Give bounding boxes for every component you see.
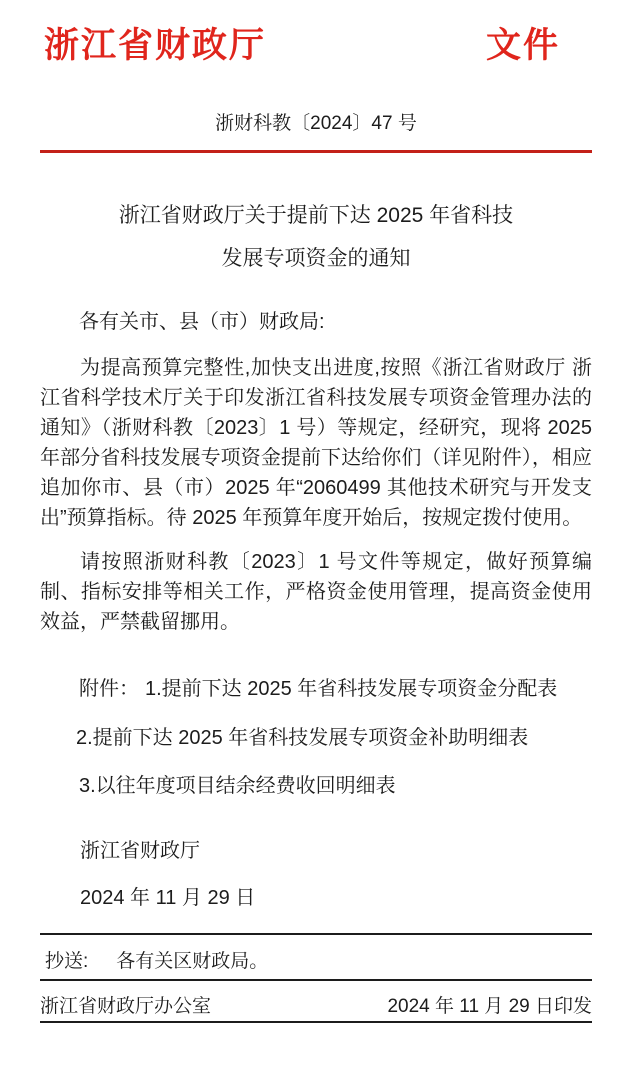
footer-divider-top [40, 933, 592, 935]
attachment-item-1-text: 1.提前下达 2025 年省科技发展专项资金分配表 [145, 678, 557, 700]
red-divider-line [40, 150, 592, 153]
attachment-label: 附件： [79, 678, 139, 700]
official-document-page: 浙江省财政厅 文件 浙财科教〔2024〕47 号 浙江省财政厅关于提前下达 20… [0, 0, 632, 1088]
document-title-line2: 发展专项资金的通知 [0, 242, 632, 272]
document-header: 浙江省财政厅 文件 [44, 27, 560, 66]
signature-date: 2024 年 11 月 29 日 [80, 881, 255, 910]
footer-divider-middle [40, 979, 592, 981]
document-title-line1: 浙江省财政厅关于提前下达 2025 年省科技 [0, 199, 632, 229]
salutation: 各有关市、县（市）财政局: [79, 305, 325, 334]
cc-label: 抄送: [45, 951, 88, 972]
cc-row: 抄送:各有关区财政局。 [45, 946, 268, 973]
attachment-item-1: 附件：1.提前下达 2025 年省科技发展专项资金分配表 [79, 672, 557, 701]
body-paragraph-1: 为提高预算完整性,加快支出进度,按照《浙江省财政厅 浙江省科学技术厅关于印发浙江… [40, 353, 592, 533]
attachment-item-3: 3.以往年度项目结余经费收回明细表 [79, 769, 396, 798]
issuing-office: 浙江省财政厅办公室 [40, 991, 211, 1018]
footer-office-row: 浙江省财政厅办公室 2024 年 11 月 29 日印发 [40, 991, 592, 1018]
doc-number: 浙财科教〔2024〕47 号 [0, 108, 632, 135]
footer-divider-bottom [40, 1021, 592, 1023]
agency-title: 浙江省财政厅 [44, 27, 266, 66]
signature-agency: 浙江省财政厅 [80, 834, 200, 863]
print-date: 2024 年 11 月 29 日印发 [387, 991, 592, 1018]
body-paragraph-2: 请按照浙财科教〔2023〕1 号文件等规定，做好预算编制、指标安排等相关工作，严… [40, 547, 592, 637]
cc-value: 各有关区财政局。 [116, 951, 268, 972]
attachment-item-2: 2.提前下达 2025 年省科技发展专项资金补助明细表 [76, 721, 528, 750]
doc-type-label: 文件 [486, 27, 560, 66]
